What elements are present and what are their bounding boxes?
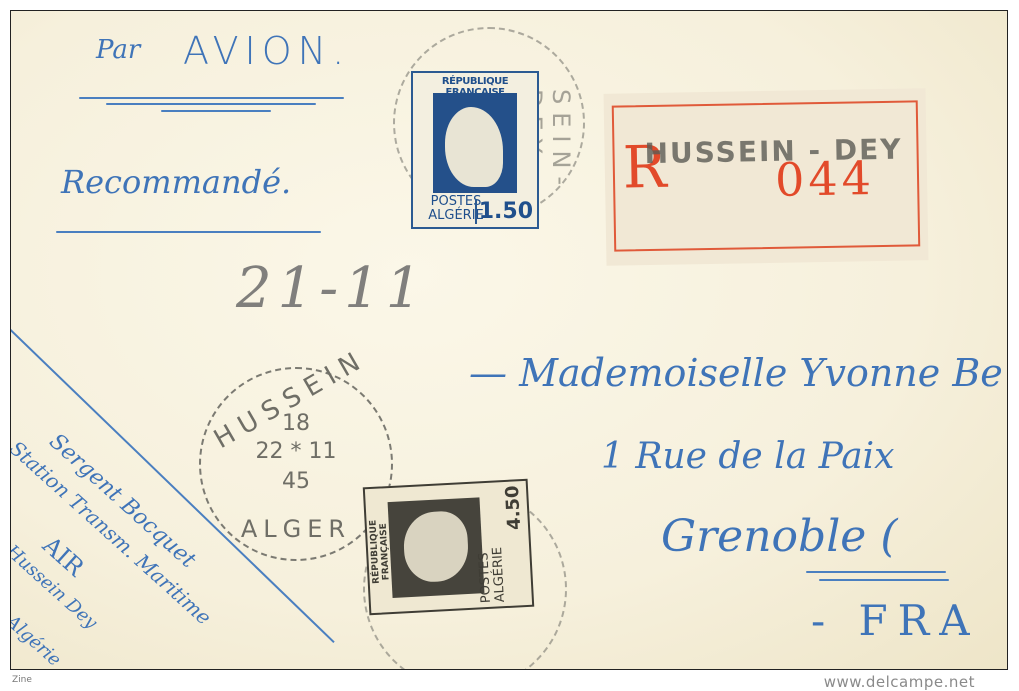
recipient-name: — Mademoiselle Yvonne Be bbox=[469, 351, 1003, 395]
postmark-main: 18 22 * 11 45 ALGER HUSSEIN bbox=[199, 367, 393, 561]
recommande-annotation: Recommandé. bbox=[61, 163, 291, 201]
marianne-portrait-icon bbox=[433, 93, 517, 193]
city-underline bbox=[806, 571, 946, 573]
pencil-date: 21-11 bbox=[236, 256, 427, 321]
city-underline-2 bbox=[819, 579, 949, 581]
recipient-street: 1 Rue de la Paix bbox=[601, 436, 894, 477]
postmark-region: ALGER bbox=[201, 515, 391, 543]
sender-line-2: Station Transm. Maritime bbox=[10, 436, 216, 630]
par-annotation: Par bbox=[96, 35, 140, 65]
avion-annotation: AVION. bbox=[183, 29, 350, 73]
recipient-city: Grenoble ( bbox=[661, 511, 897, 562]
envelope: Par AVION. Recommandé. 21-11 SEIN-DEY RÉ… bbox=[10, 10, 1008, 670]
stamp-blue-value: 1.50 bbox=[475, 199, 533, 224]
sender-line-5: Algérie bbox=[10, 611, 65, 670]
registration-number: 044 bbox=[775, 151, 876, 207]
stamp-grey-value: 4.50 bbox=[502, 485, 525, 530]
avion-underline-3 bbox=[161, 110, 271, 112]
avion-underline-2 bbox=[106, 103, 316, 105]
stamp-grey-450: RÉPUBLIQUE FRANÇAISE POSTES ALGÉRIE 4.50 bbox=[363, 479, 534, 615]
registration-label: R HUSSEIN - DEY 044 bbox=[604, 88, 929, 266]
uploader-name: Zine bbox=[12, 675, 32, 685]
marianne-portrait-icon bbox=[388, 497, 485, 598]
source-watermark: www.delcampe.net bbox=[824, 673, 975, 691]
stamp-grey-country: RÉPUBLIQUE FRANÇAISE bbox=[367, 492, 387, 611]
avion-underline bbox=[79, 97, 344, 99]
recipient-country: - FRA bbox=[811, 596, 980, 645]
stamp-blue-150: RÉPUBLIQUE FRANÇAISE POSTES ALGÉRIE 1.50 bbox=[411, 71, 539, 229]
recommande-underline bbox=[56, 231, 321, 233]
